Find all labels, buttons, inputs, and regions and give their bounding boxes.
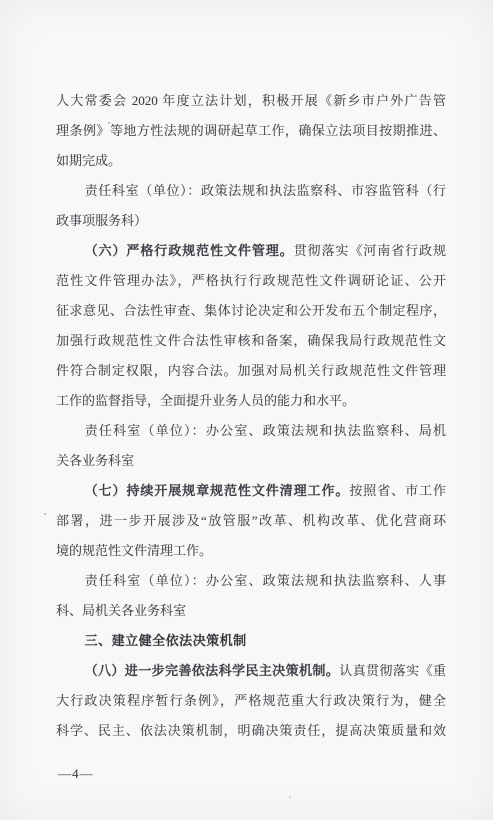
text-segment: 政事项服务科）: [56, 213, 147, 228]
text-segment: 责任科室（单位）：办公室、政策法规和执法监察科、人事: [85, 573, 446, 588]
text-line: 理条例》等地方性法规的调研起草工作，确保立法项目按期推进、: [56, 116, 446, 146]
text-line: 三、建立健全依法决策机制: [56, 626, 446, 656]
text-line: 人大常委会 2020 年度立法计划，积极开展《新乡市户外广告管: [56, 86, 446, 116]
text-line: 加强行政规范性文件合法性审核和备案，确保我局行政规范性文: [56, 326, 446, 356]
document-body: 人大常委会 2020 年度立法计划，积极开展《新乡市户外广告管理条例》等地方性法…: [56, 86, 446, 746]
text-segment: 科学、民主、依法决策机制，明确决策责任，提高决策质量和效: [56, 723, 446, 738]
text-segment: 关各业务科室: [56, 453, 134, 468]
text-line: 如期完成。: [56, 146, 446, 176]
text-segment: 理条例》等地方性法规的调研起草工作，确保立法项目按期推进、: [56, 123, 446, 138]
paragraph-lead: （八）进一步完善依法科学民主决策机制。: [85, 663, 340, 678]
text-segment: 如期完成。: [56, 153, 121, 168]
text-line: 部署，进一步开展涉及“放管服”改革、机构改革、优化营商环: [56, 506, 446, 536]
text-segment: 大行政决策程序暂行条例》，严格规范重大行政决策行为，健全: [56, 693, 446, 708]
text-line: 征求意见、合法性审查、集体讨论决定和公开发布五个制定程序，: [56, 296, 446, 326]
text-segment: 范性文件管理办法》，严格执行行政规范性文件调研论证、公开: [56, 273, 446, 288]
paragraph-lead: （六）严格行政规范性文件管理。: [85, 243, 294, 258]
text-segment: 贯彻落实《河南省行政规: [294, 243, 446, 258]
text-line: 政事项服务科）: [56, 206, 446, 236]
text-line: 科、局机关各业务科室: [56, 596, 446, 626]
text-segment: 按照省、市工作: [349, 483, 446, 498]
text-line: （七）持续开展规章规范性文件清理工作。按照省、市工作: [56, 476, 446, 506]
section-heading: 三、建立健全依法决策机制: [85, 633, 247, 648]
text-segment: 工作的监督指导，全面提升业务人员的能力和水平。: [56, 393, 355, 408]
text-segment: 征求意见、合法性审查、集体讨论决定和公开发布五个制定程序，: [56, 303, 446, 318]
text-line: 责任科室（单位）：办公室、政策法规和执法监察科、局机: [56, 416, 446, 446]
document-page: 人大常委会 2020 年度立法计划，积极开展《新乡市户外广告管理条例》等地方性法…: [0, 0, 493, 820]
scan-speck: [44, 513, 46, 515]
text-segment: 件符合制定权限，内容合法。加强对局机关行政规范性文件管理: [56, 363, 446, 378]
text-line: （八）进一步完善依法科学民主决策机制。认真贯彻落实《重: [56, 656, 446, 686]
text-line: （六）严格行政规范性文件管理。贯彻落实《河南省行政规: [56, 236, 446, 266]
text-segment: 责任科室（单位）：政策法规和执法监察科、市容监管科（行: [85, 183, 446, 198]
text-segment: 认真贯彻落实《重: [339, 663, 446, 678]
paragraph-lead: （七）持续开展规章规范性文件清理工作。: [85, 483, 350, 498]
text-segment: 部署，进一步开展涉及“放管服”改革、机构改革、优化营商环: [56, 513, 446, 528]
text-line: 范性文件管理办法》，严格执行行政规范性文件调研论证、公开: [56, 266, 446, 296]
text-line: 工作的监督指导，全面提升业务人员的能力和水平。: [56, 386, 446, 416]
text-segment: 责任科室（单位）：办公室、政策法规和执法监察科、局机: [85, 423, 446, 438]
text-line: 关各业务科室: [56, 446, 446, 476]
scan-speck: [289, 796, 291, 798]
text-line: 大行政决策程序暂行条例》，严格规范重大行政决策行为，健全: [56, 686, 446, 716]
text-line: 件符合制定权限，内容合法。加强对局机关行政规范性文件管理: [56, 356, 446, 386]
text-segment: 科、局机关各业务科室: [56, 603, 186, 618]
text-segment: 加强行政规范性文件合法性审核和备案，确保我局行政规范性文: [56, 333, 446, 348]
text-line: 责任科室（单位）：政策法规和执法监察科、市容监管科（行: [56, 176, 446, 206]
text-line: 科学、民主、依法决策机制，明确决策责任，提高决策质量和效: [56, 716, 446, 746]
page-number: —4—: [58, 766, 94, 782]
text-segment: 人大常委会 2020 年度立法计划，积极开展《新乡市户外广告管: [56, 93, 446, 108]
text-line: 责任科室（单位）：办公室、政策法规和执法监察科、人事: [56, 566, 446, 596]
scan-speck: [108, 122, 110, 124]
text-segment: 境的规范性文件清理工作。: [56, 543, 212, 558]
text-line: 境的规范性文件清理工作。: [56, 536, 446, 566]
